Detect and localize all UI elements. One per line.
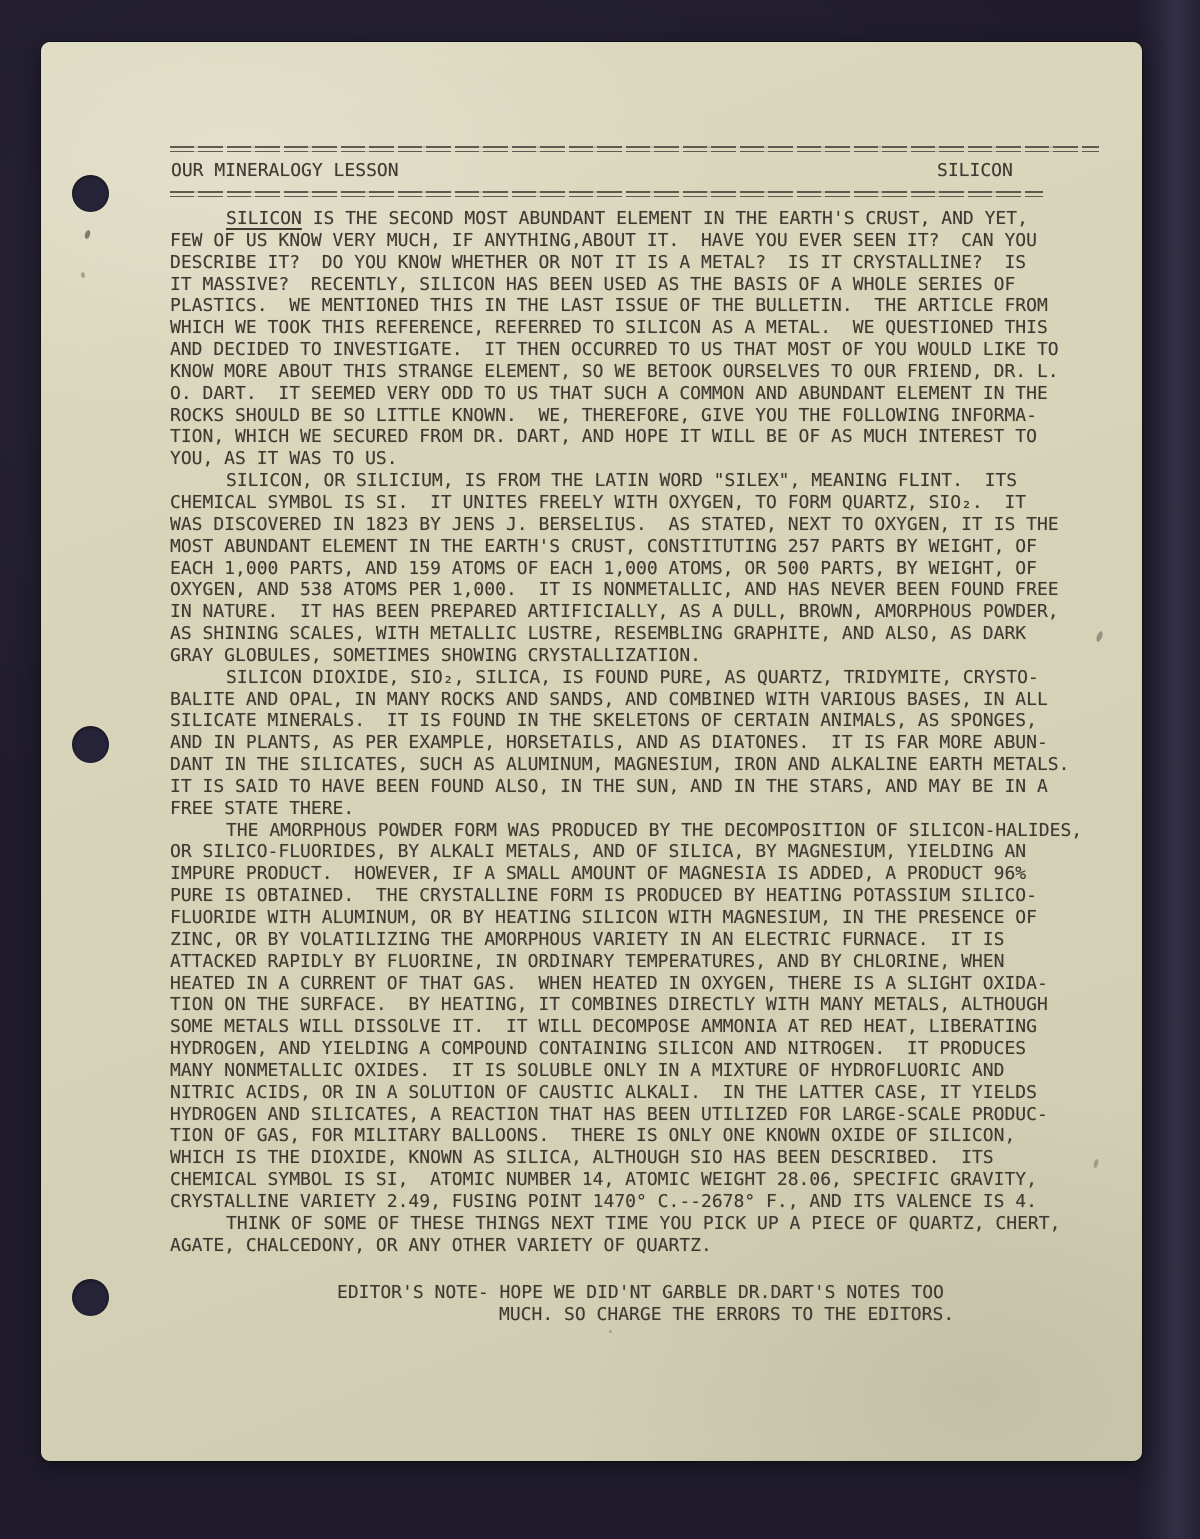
text-line: TION ON THE SURFACE. BY HEATING, IT COMB… — [170, 994, 1085, 1016]
text-line: WHICH WE TOOK THIS REFERENCE, REFERRED T… — [170, 317, 1085, 339]
text-line: AGATE, CHALCEDONY, OR ANY OTHER VARIETY … — [170, 1235, 1085, 1257]
text-line: EACH 1,000 PARTS, AND 159 ATOMS OF EACH … — [170, 558, 1085, 580]
text-line: THINK OF SOME OF THESE THINGS NEXT TIME … — [170, 1213, 1085, 1235]
ink-speck — [1095, 630, 1104, 642]
scanner-background: { "page": { "colors": { "background": "#… — [0, 0, 1200, 1539]
scanner-edge-band — [1138, 0, 1200, 1539]
text-line: NITRIC ACIDS, OR IN A SOLUTION OF CAUSTI… — [170, 1082, 1085, 1104]
text-line: FLUORIDE WITH ALUMINUM, OR BY HEATING SI… — [170, 907, 1085, 929]
text-line: ATTACKED RAPIDLY BY FLUORINE, IN ORDINAR… — [170, 951, 1085, 973]
text-line: PURE IS OBTAINED. THE CRYSTALLINE FORM I… — [170, 885, 1085, 907]
text-line: THE AMORPHOUS POWDER FORM WAS PRODUCED B… — [170, 820, 1085, 842]
punch-hole-top — [72, 175, 109, 212]
text-line: CHEMICAL SYMBOL IS SI. IT UNITES FREELY … — [170, 492, 1085, 514]
text-line: O. DART. IT SEEMED VERY ODD TO US THAT S… — [170, 383, 1085, 405]
text-line: OXYGEN, AND 538 ATOMS PER 1,000. IT IS N… — [170, 579, 1085, 601]
ink-speck — [84, 229, 92, 239]
article-body: SILICON IS THE SECOND MOST ABUNDANT ELEM… — [170, 208, 1085, 1257]
text-line: PLASTICS. WE MENTIONED THIS IN THE LAST … — [170, 295, 1085, 317]
text-line: MOST ABUNDANT ELEMENT IN THE EARTH'S CRU… — [170, 536, 1085, 558]
text-line: FEW OF US KNOW VERY MUCH, IF ANYTHING,AB… — [170, 230, 1085, 252]
text-line: ZINC, OR BY VOLATILIZING THE AMORPHOUS V… — [170, 929, 1085, 951]
text-line: TION OF GAS, FOR MILITARY BALLOONS. THER… — [170, 1125, 1085, 1147]
text-line: CRYSTALLINE VARIETY 2.49, FUSING POINT 1… — [170, 1191, 1085, 1213]
text-line: WAS DISCOVERED IN 1823 BY JENS J. BERSEL… — [170, 514, 1085, 536]
text-line: KNOW MORE ABOUT THIS STRANGE ELEMENT, SO… — [170, 361, 1085, 383]
text-line: SILICON, OR SILICIUM, IS FROM THE LATIN … — [170, 470, 1085, 492]
text-line: SOME METALS WILL DISSOLVE IT. IT WILL DE… — [170, 1016, 1085, 1038]
document-page: OUR MINERALOGY LESSON SILICON SILICON IS… — [41, 42, 1142, 1461]
text-line: IN NATURE. IT HAS BEEN PREPARED ARTIFICI… — [170, 601, 1085, 623]
text-line: MANY NONMETALLIC OXIDES. IT IS SOLUBLE O… — [170, 1060, 1085, 1082]
text-line: ROCKS SHOULD BE SO LITTLE KNOWN. WE, THE… — [170, 405, 1085, 427]
text-line: HYDROGEN AND SILICATES, A REACTION THAT … — [170, 1104, 1085, 1126]
ink-speck — [80, 272, 85, 279]
text-line: HYDROGEN, AND YIELDING A COMPOUND CONTAI… — [170, 1038, 1085, 1060]
text-line: AND DECIDED TO INVESTIGATE. IT THEN OCCU… — [170, 339, 1085, 361]
text-line: AND IN PLANTS, AS PER EXAMPLE, HORSETAIL… — [170, 732, 1085, 754]
ink-speck — [609, 1330, 612, 1333]
text-line: MUCH. SO CHARGE THE ERRORS TO THE EDITOR… — [337, 1304, 954, 1326]
text-line: IT MASSIVE? RECENTLY, SILICON HAS BEEN U… — [170, 274, 1085, 296]
underlined-word: SILICON — [226, 208, 302, 229]
text-line: GRAY GLOBULES, SOMETIMES SHOWING CRYSTAL… — [170, 645, 1085, 667]
text-line: AS SHINING SCALES, WITH METALLIC LUSTRE,… — [170, 623, 1085, 645]
text-line: SILICON IS THE SECOND MOST ABUNDANT ELEM… — [170, 208, 1085, 230]
text-line: SILICON DIOXIDE, SIO₂, SILICA, IS FOUND … — [170, 667, 1085, 689]
text-line: IMPURE PRODUCT. HOWEVER, IF A SMALL AMOU… — [170, 863, 1085, 885]
header-rule-bottom — [170, 191, 1043, 197]
text-line: DANT IN THE SILICATES, SUCH AS ALUMINUM,… — [170, 754, 1085, 776]
text-line: WHICH IS THE DIOXIDE, KNOWN AS SILICA, A… — [170, 1147, 1085, 1169]
header-rule-top — [170, 146, 1099, 152]
text-line: SILICATE MINERALS. IT IS FOUND IN THE SK… — [170, 710, 1085, 732]
text-line: HEATED IN A CURRENT OF THAT GAS. WHEN HE… — [170, 973, 1085, 995]
punch-hole-bottom — [72, 1279, 109, 1316]
editor-note: EDITOR'S NOTE- HOPE WE DID'NT GARBLE DR.… — [337, 1282, 954, 1326]
text-line: CHEMICAL SYMBOL IS SI, ATOMIC NUMBER 14,… — [170, 1169, 1085, 1191]
ink-speck — [1093, 1159, 1099, 1169]
text-line: EDITOR'S NOTE- HOPE WE DID'NT GARBLE DR.… — [337, 1282, 954, 1304]
text-line: IT IS SAID TO HAVE BEEN FOUND ALSO, IN T… — [170, 776, 1085, 798]
header-left-title: OUR MINERALOGY LESSON — [171, 160, 399, 182]
text-line: BALITE AND OPAL, IN MANY ROCKS AND SANDS… — [170, 689, 1085, 711]
header-right-title: SILICON — [937, 160, 1013, 182]
text-line: OR SILICO-FLUORIDES, BY ALKALI METALS, A… — [170, 841, 1085, 863]
punch-hole-middle — [72, 726, 109, 763]
text-line: TION, WHICH WE SECURED FROM DR. DART, AN… — [170, 426, 1085, 448]
text-line: DESCRIBE IT? DO YOU KNOW WHETHER OR NOT … — [170, 252, 1085, 274]
text-line: YOU, AS IT WAS TO US. — [170, 448, 1085, 470]
text-line: FREE STATE THERE. — [170, 798, 1085, 820]
